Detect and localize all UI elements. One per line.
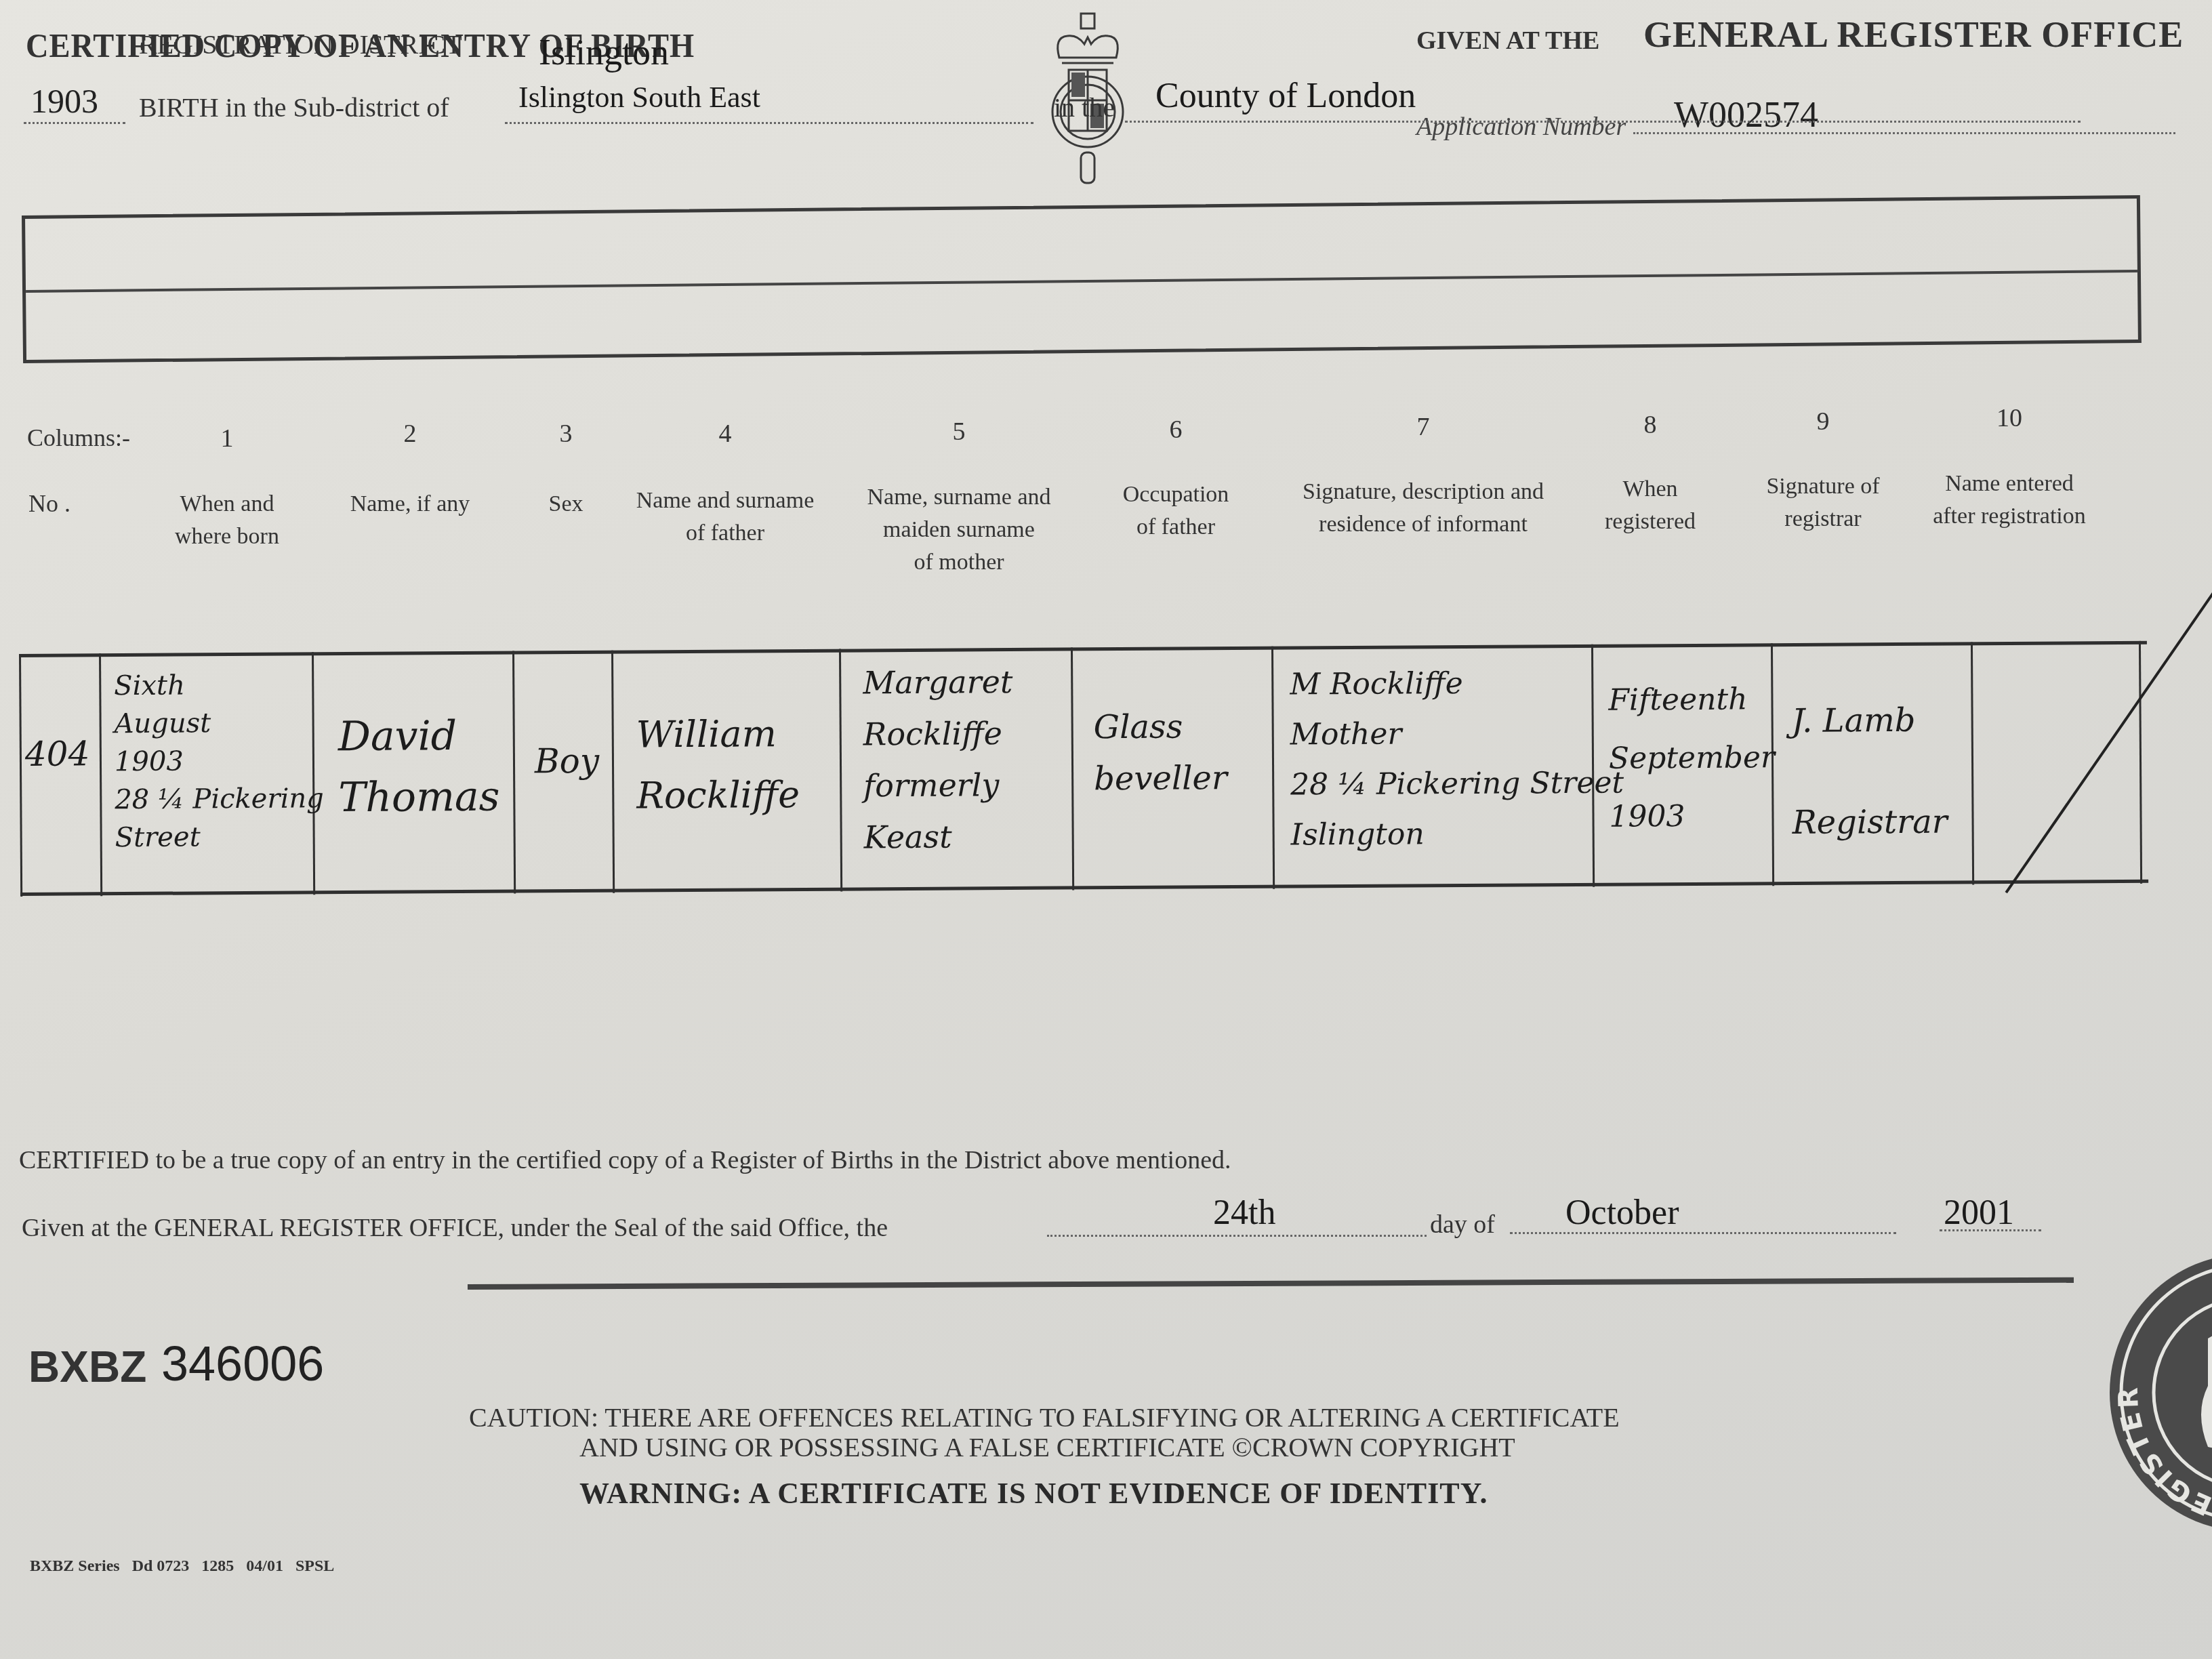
- in-the-label: in the: [1054, 91, 1115, 123]
- column-number: 5: [878, 417, 1040, 447]
- column-number: 8: [1569, 410, 1732, 440]
- serial-number: 346006: [161, 1336, 324, 1392]
- cell-line: Islington: [1290, 808, 1624, 861]
- registration-box-divider: [26, 270, 2137, 293]
- column-divider: [1271, 647, 1275, 889]
- column-number: 2: [329, 419, 491, 449]
- table-top-border: [19, 641, 2147, 657]
- entry-father-name: WilliamRockliffe: [636, 703, 800, 826]
- column-heading-line: Signature, description and: [1301, 476, 1545, 508]
- entry-registrar-signature: J. LambRegistrar: [1791, 670, 1948, 874]
- identity-warning: WARNING: A CERTIFICATE IS NOT EVIDENCE O…: [579, 1476, 1488, 1511]
- cell-line: Keast: [863, 811, 1014, 863]
- column-divider: [611, 651, 615, 893]
- day-of-label: day of: [1430, 1210, 1495, 1240]
- entry-child-name: DavidThomas: [337, 705, 499, 828]
- column-number: 4: [644, 419, 806, 449]
- serial-prefix: BXBZ: [28, 1342, 146, 1392]
- sub-district-dotted-line: [505, 122, 1033, 124]
- column-number: 3: [485, 419, 647, 449]
- cell-line: M Rockliffe: [1290, 658, 1623, 710]
- entry-mother-name: MargaretRockliffeformerlyKeast: [863, 656, 1014, 863]
- cell-line: 28 ¼ Pickering: [115, 779, 324, 819]
- entry-informant: M RockliffeMother28 ¼ Pickering StreetIs…: [1290, 658, 1624, 861]
- column-number: 10: [1928, 403, 2091, 433]
- given-day: 24th: [1213, 1193, 1275, 1233]
- day-dotted-line: [1047, 1235, 1427, 1237]
- column-number: 7: [1342, 412, 1504, 442]
- given-year: 2001: [1944, 1193, 2014, 1233]
- entry-table: 404 SixthAugust190328 ¼ PickeringStreet …: [19, 641, 2148, 897]
- column-divider: [1971, 642, 1974, 884]
- application-number: W002574: [1674, 94, 1818, 136]
- entry-sex: Boy: [535, 742, 599, 781]
- columns-label: Columns:-: [27, 424, 130, 452]
- no-column-label: No .: [28, 489, 70, 518]
- cell-line: formerly: [863, 759, 1014, 811]
- crossout-line: [1984, 586, 2212, 913]
- entry-when-registered: FifteenthSeptember1903: [1608, 670, 1776, 846]
- registration-district-label: REGISTRATION DISTRICT: [139, 28, 462, 60]
- column-heading: Occupationof father: [1054, 478, 1298, 544]
- office-name: GENERAL REGISTER OFFICE: [1643, 14, 2184, 56]
- column-heading-line: where born: [105, 520, 349, 553]
- column-heading-line: maiden surname: [837, 514, 1081, 546]
- cell-line: Rockliffe: [636, 764, 800, 826]
- cell-line: David: [337, 705, 499, 767]
- column-number: 9: [1742, 407, 1904, 436]
- registration-year: 1903: [30, 81, 98, 121]
- cell-line: William: [636, 703, 799, 765]
- column-heading-line: residence of informant: [1301, 508, 1545, 541]
- cell-line: August: [114, 703, 323, 743]
- column-number: 6: [1094, 415, 1257, 445]
- cell-line: 28 ¼ Pickering Street: [1290, 758, 1624, 811]
- caution-line-2: AND USING OR POSSESSING A FALSE CERTIFIC…: [579, 1431, 1515, 1463]
- cell-line: 1903: [1609, 787, 1776, 846]
- column-heading: Name and surnameof father: [603, 485, 847, 550]
- cell-line: Fifteenth: [1608, 670, 1775, 729]
- registration-district-value: Islington: [539, 31, 669, 73]
- sub-district-label: BIRTH in the Sub-district of: [139, 91, 449, 123]
- year-dotted-line: [24, 122, 125, 124]
- entry-when-where-born: SixthAugust190328 ¼ PickeringStreet: [114, 665, 324, 857]
- caution-line-1: CAUTION: THERE ARE OFFENCES RELATING TO …: [469, 1401, 1620, 1433]
- county-dotted-line: [1125, 121, 2081, 123]
- column-divider: [19, 654, 22, 897]
- column-divider: [839, 649, 842, 892]
- cell-line: J. Lamb: [1791, 670, 1947, 772]
- column-divider: [1071, 648, 1074, 890]
- cell-line: Mother: [1290, 708, 1624, 760]
- general-register-office-seal-icon: GENERAL REGISTER OFFICE + ENGLAND: [2106, 1250, 2212, 1535]
- form-footer-code: BXBZ Series Dd 0723 1285 04/01 SPSL: [30, 1557, 334, 1576]
- cell-line: Thomas: [338, 766, 500, 828]
- column-number: 1: [146, 424, 308, 453]
- column-heading-line: Name entered: [1887, 468, 2131, 500]
- cell-line: Registrar: [1792, 771, 1948, 874]
- cell-line: Margaret: [863, 656, 1013, 708]
- given-at-label: GIVEN AT THE: [1416, 26, 1599, 56]
- sub-district-value: Islington South East: [518, 80, 760, 115]
- county-value: County of London: [1155, 76, 1416, 116]
- cell-line: Glass: [1093, 701, 1227, 753]
- column-heading-line: Name and surname: [603, 485, 847, 517]
- column-heading-line: of mother: [837, 546, 1081, 579]
- signature-rule: [468, 1277, 2074, 1290]
- given-statement: Given at the GENERAL REGISTER OFFICE, un…: [22, 1213, 888, 1243]
- cell-line: Street: [115, 817, 324, 857]
- table-bottom-border: [20, 880, 2148, 896]
- column-heading: Name, surname andmaiden surnameof mother: [837, 481, 1081, 579]
- registration-box: [22, 195, 2142, 363]
- column-heading: Signature, description andresidence of i…: [1301, 476, 1545, 541]
- column-heading-line: of father: [1054, 511, 1298, 544]
- cell-line: 1903: [115, 741, 324, 781]
- column-heading: Name enteredafter registration: [1887, 468, 2131, 533]
- cell-line: Rockliffe: [863, 708, 1014, 760]
- cell-line: September: [1609, 729, 1776, 787]
- column-divider: [99, 653, 102, 896]
- column-heading-line: Name, surname and: [837, 481, 1081, 514]
- column-heading-line: Occupation: [1054, 478, 1298, 511]
- column-heading-line: after registration: [1887, 500, 2131, 533]
- given-month: October: [1565, 1193, 1679, 1233]
- certified-statement: CERTIFIED to be a true copy of an entry …: [19, 1145, 1231, 1175]
- application-number-label: Application Number: [1416, 112, 1626, 142]
- entry-number: 404: [25, 735, 90, 773]
- entry-father-occupation: Glassbeveller: [1093, 701, 1227, 804]
- column-heading-line: of father: [603, 517, 847, 550]
- cell-line: beveller: [1094, 752, 1227, 804]
- cell-line: Sixth: [114, 665, 323, 705]
- column-divider: [512, 651, 516, 894]
